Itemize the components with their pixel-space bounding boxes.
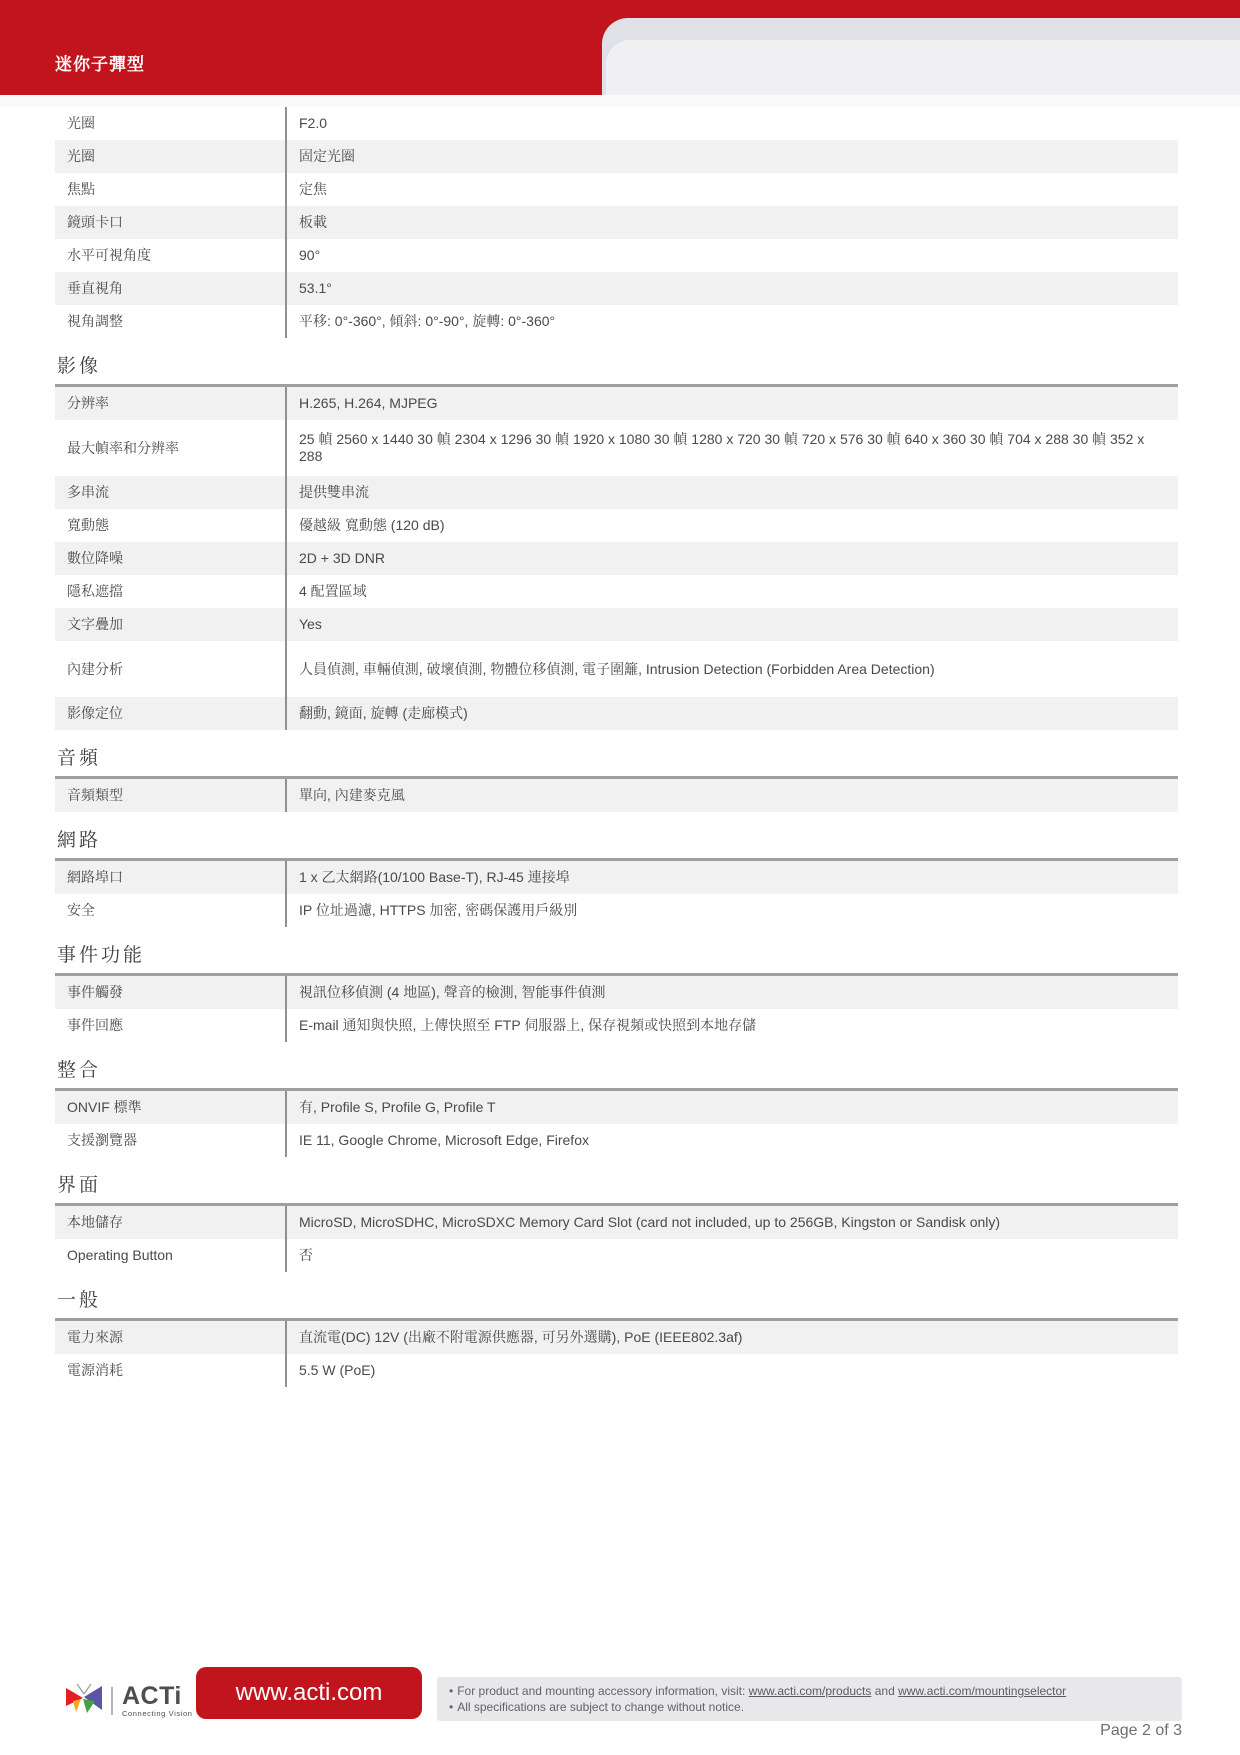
section-title: 整合 <box>55 1042 1178 1088</box>
spec-value: IE 11, Google Chrome, Microsoft Edge, Fi… <box>285 1124 1178 1157</box>
spec-row: 焦點定焦 <box>55 173 1178 206</box>
spec-section: 事件功能事件觸發視訊位移偵測 (4 地區), 聲音的檢測, 智能事件偵測事件回應… <box>55 927 1178 1042</box>
spec-value: 人員偵測, 車輛偵測, 破壞偵測, 物體位移偵測, 電子圍籬, Intrusio… <box>285 641 1178 697</box>
spec-section: 一般電力來源直流電(DC) 12V (出廠不附電源供應器, 可另外選購), Po… <box>55 1272 1178 1387</box>
footer-note-line: •For product and mounting accessory info… <box>449 1683 1170 1699</box>
spec-label: 電力來源 <box>55 1321 285 1354</box>
spec-row: 光圈F2.0 <box>55 107 1178 140</box>
spec-row: 鏡頭卡口板載 <box>55 206 1178 239</box>
spec-row: 最大幀率和分辨率25 幀 2560 x 1440 30 幀 2304 x 129… <box>55 420 1178 476</box>
spec-label: 網路埠口 <box>55 861 285 894</box>
header-strip <box>0 95 1240 107</box>
spec-label: 文字疊加 <box>55 608 285 641</box>
spec-value: 定焦 <box>285 173 1178 206</box>
section-title: 音頻 <box>55 730 1178 776</box>
spec-section: 網路網路埠口1 x 乙太網路(10/100 Base-T), RJ-45 連接埠… <box>55 812 1178 927</box>
spec-section: 音頻音頻類型單向, 內建麥克風 <box>55 730 1178 812</box>
spec-row: 垂直視角53.1° <box>55 272 1178 305</box>
spec-label: 寬動態 <box>55 509 285 542</box>
acti-butterfly-logo-icon <box>64 1682 104 1719</box>
spec-row: 光圈固定光圈 <box>55 140 1178 173</box>
spec-table: 本地儲存MicroSD, MicroSDHC, MicroSDXC Memory… <box>55 1203 1178 1272</box>
spec-value: 5.5 W (PoE) <box>285 1354 1178 1387</box>
spec-row: 事件觸發視訊位移偵測 (4 地區), 聲音的檢測, 智能事件偵測 <box>55 976 1178 1009</box>
spec-label: 事件觸發 <box>55 976 285 1009</box>
spec-label: 音頻類型 <box>55 779 285 812</box>
spec-row: 電源消耗5.5 W (PoE) <box>55 1354 1178 1387</box>
spec-section: 光圈F2.0光圈固定光圈焦點定焦鏡頭卡口板載水平可視角度90°垂直視角53.1°… <box>55 107 1178 338</box>
spec-value: 4 配置區域 <box>285 575 1178 608</box>
spec-row: 音頻類型單向, 內建麥克風 <box>55 779 1178 812</box>
bullet-icon: • <box>449 1700 453 1714</box>
section-title: 網路 <box>55 812 1178 858</box>
spec-row: 多串流提供雙串流 <box>55 476 1178 509</box>
spec-label: 內建分析 <box>55 641 285 697</box>
spec-label: 多串流 <box>55 476 285 509</box>
spec-value: F2.0 <box>285 107 1178 140</box>
spec-label: 事件回應 <box>55 1009 285 1042</box>
logo-divider <box>111 1687 113 1715</box>
spec-label: 分辨率 <box>55 387 285 420</box>
spec-label: 影像定位 <box>55 697 285 730</box>
spec-row: 安全IP 位址過濾, HTTPS 加密, 密碼保護用戶級別 <box>55 894 1178 927</box>
spec-root: 光圈F2.0光圈固定光圈焦點定焦鏡頭卡口板載水平可視角度90°垂直視角53.1°… <box>55 107 1178 1387</box>
spec-value: 直流電(DC) 12V (出廠不附電源供應器, 可另外選購), PoE (IEE… <box>285 1321 1178 1354</box>
footer-logo: ACTi Connecting Vision <box>64 1682 193 1719</box>
spec-row: 文字疊加Yes <box>55 608 1178 641</box>
spec-value: 25 幀 2560 x 1440 30 幀 2304 x 1296 30 幀 1… <box>285 420 1178 476</box>
spec-label: 電源消耗 <box>55 1354 285 1387</box>
spec-section: 界面本地儲存MicroSD, MicroSDHC, MicroSDXC Memo… <box>55 1157 1178 1272</box>
spec-table: 事件觸發視訊位移偵測 (4 地區), 聲音的檢測, 智能事件偵測事件回應E-ma… <box>55 973 1178 1042</box>
spec-label: 視角調整 <box>55 305 285 338</box>
spec-table: 網路埠口1 x 乙太網路(10/100 Base-T), RJ-45 連接埠安全… <box>55 858 1178 927</box>
spec-label: 隱私遮擋 <box>55 575 285 608</box>
spec-row: 分辨率H.265, H.264, MJPEG <box>55 387 1178 420</box>
spec-section: 影像分辨率H.265, H.264, MJPEG最大幀率和分辨率25 幀 256… <box>55 338 1178 730</box>
website-button[interactable]: www.acti.com <box>196 1667 422 1719</box>
spec-table: 音頻類型單向, 內建麥克風 <box>55 776 1178 812</box>
spec-value: 優越級 寬動態 (120 dB) <box>285 509 1178 542</box>
spec-row: 視角調整平移: 0°-360°, 傾斜: 0°-90°, 旋轉: 0°-360° <box>55 305 1178 338</box>
page-title: 迷你子彈型 <box>55 50 145 75</box>
spec-label: 本地儲存 <box>55 1206 285 1239</box>
spec-label: 光圈 <box>55 140 285 173</box>
spec-value: 有, Profile S, Profile G, Profile T <box>285 1091 1178 1124</box>
spec-row: 影像定位翻動, 鏡面, 旋轉 (走廊模式) <box>55 697 1178 730</box>
section-title: 事件功能 <box>55 927 1178 973</box>
spec-row: 水平可視角度90° <box>55 239 1178 272</box>
spec-label: 鏡頭卡口 <box>55 206 285 239</box>
section-title: 界面 <box>55 1157 1178 1203</box>
spec-label: 焦點 <box>55 173 285 206</box>
spec-table: 電力來源直流電(DC) 12V (出廠不附電源供應器, 可另外選購), PoE … <box>55 1318 1178 1387</box>
spec-row: Operating Button否 <box>55 1239 1178 1272</box>
footer-link[interactable]: www.acti.com/products <box>749 1684 872 1698</box>
spec-value: IP 位址過濾, HTTPS 加密, 密碼保護用戶級別 <box>285 894 1178 927</box>
spec-value: 視訊位移偵測 (4 地區), 聲音的檢測, 智能事件偵測 <box>285 976 1178 1009</box>
spec-value: 提供雙串流 <box>285 476 1178 509</box>
spec-row: 網路埠口1 x 乙太網路(10/100 Base-T), RJ-45 連接埠 <box>55 861 1178 894</box>
spec-value: 板載 <box>285 206 1178 239</box>
spec-section: 整合ONVIF 標準有, Profile S, Profile G, Profi… <box>55 1042 1178 1157</box>
spec-row: 內建分析人員偵測, 車輛偵測, 破壞偵測, 物體位移偵測, 電子圍籬, Intr… <box>55 641 1178 697</box>
spec-row: 支援瀏覽器IE 11, Google Chrome, Microsoft Edg… <box>55 1124 1178 1157</box>
spec-table: ONVIF 標準有, Profile S, Profile G, Profile… <box>55 1088 1178 1157</box>
footer-notes: •For product and mounting accessory info… <box>437 1677 1182 1721</box>
spec-value: 單向, 內建麥克風 <box>285 779 1178 812</box>
page-number: Page 2 of 3 <box>1100 1722 1182 1740</box>
spec-value: 2D + 3D DNR <box>285 542 1178 575</box>
footer-note-line: •All specifications are subject to chang… <box>449 1699 1170 1715</box>
section-title: 一般 <box>55 1272 1178 1318</box>
spec-row: 數位降噪2D + 3D DNR <box>55 542 1178 575</box>
spec-label: 數位降噪 <box>55 542 285 575</box>
spec-value: 否 <box>285 1239 1178 1272</box>
logo-wordmark: ACTi Connecting Vision <box>122 1684 193 1718</box>
spec-value: 90° <box>285 239 1178 272</box>
spec-value: Yes <box>285 608 1178 641</box>
logo-tagline: Connecting Vision <box>122 1709 193 1718</box>
spec-label: ONVIF 標準 <box>55 1091 285 1124</box>
spec-label: 垂直視角 <box>55 272 285 305</box>
spec-label: 水平可視角度 <box>55 239 285 272</box>
spec-value: 翻動, 鏡面, 旋轉 (走廊模式) <box>285 697 1178 730</box>
spec-value: 固定光圈 <box>285 140 1178 173</box>
spec-label: Operating Button <box>55 1239 285 1272</box>
spec-table: 分辨率H.265, H.264, MJPEG最大幀率和分辨率25 幀 2560 … <box>55 384 1178 730</box>
header-card-inner <box>606 40 1240 95</box>
spec-row: 事件回應E-mail 通知與快照, 上傳快照至 FTP 伺服器上, 保存視頻或快… <box>55 1009 1178 1042</box>
spec-value: 平移: 0°-360°, 傾斜: 0°-90°, 旋轉: 0°-360° <box>285 305 1178 338</box>
spec-label: 安全 <box>55 894 285 927</box>
spec-row: 隱私遮擋4 配置區域 <box>55 575 1178 608</box>
logo-name: ACTi <box>122 1684 193 1708</box>
footer-link[interactable]: www.acti.com/mountingselector <box>898 1684 1066 1698</box>
spec-value: MicroSD, MicroSDHC, MicroSDXC Memory Car… <box>285 1206 1178 1239</box>
spec-label: 支援瀏覽器 <box>55 1124 285 1157</box>
spec-row: 本地儲存MicroSD, MicroSDHC, MicroSDXC Memory… <box>55 1206 1178 1239</box>
spec-value: E-mail 通知與快照, 上傳快照至 FTP 伺服器上, 保存視頻或快照到本地… <box>285 1009 1178 1042</box>
spec-row: ONVIF 標準有, Profile S, Profile G, Profile… <box>55 1091 1178 1124</box>
bullet-icon: • <box>449 1684 453 1698</box>
spec-label: 最大幀率和分辨率 <box>55 420 285 476</box>
spec-table: 光圈F2.0光圈固定光圈焦點定焦鏡頭卡口板載水平可視角度90°垂直視角53.1°… <box>55 107 1178 338</box>
spec-row: 寬動態優越級 寬動態 (120 dB) <box>55 509 1178 542</box>
spec-row: 電力來源直流電(DC) 12V (出廠不附電源供應器, 可另外選購), PoE … <box>55 1321 1178 1354</box>
spec-value: H.265, H.264, MJPEG <box>285 387 1178 420</box>
section-title: 影像 <box>55 338 1178 384</box>
spec-value: 53.1° <box>285 272 1178 305</box>
spec-label: 光圈 <box>55 107 285 140</box>
spec-value: 1 x 乙太網路(10/100 Base-T), RJ-45 連接埠 <box>285 861 1178 894</box>
